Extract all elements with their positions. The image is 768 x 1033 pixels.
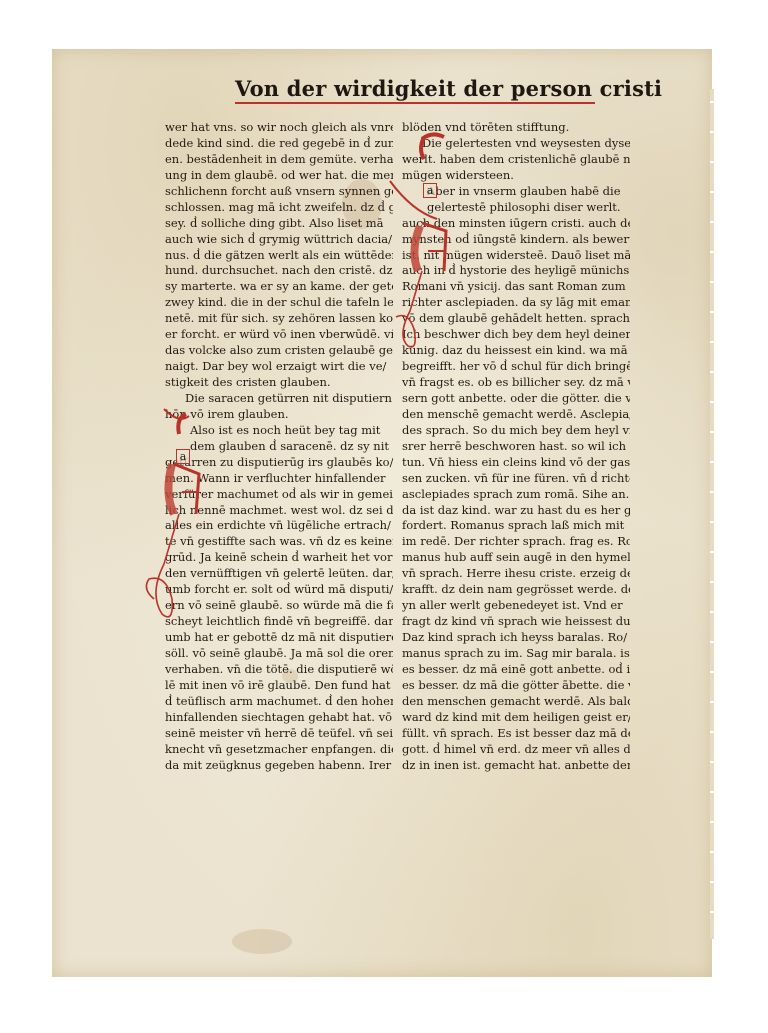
text-line: es besser. dz mā die götter ābette. die … xyxy=(402,678,630,694)
text-line: manus hub auff sein augē in den hymel xyxy=(402,550,630,566)
deckled-edge xyxy=(710,89,714,939)
manuscript-page: Von der wirdigkeit der person cristi wer… xyxy=(52,49,712,977)
text-line: da mit zeügknus gegeben habenn. Irer xyxy=(165,758,393,774)
text-line: knecht vn̄ gesetzmacher enpfangen. die xyxy=(165,742,393,758)
text-line: den menschen gemacht werdē. Als bald xyxy=(402,694,630,710)
text-line: schlichenn forcht auß vnsern synnen ge/ xyxy=(165,184,393,200)
text-line: naigt. Dar bey wol erzaigt wirt die ve/ xyxy=(165,359,393,375)
text-line: dz in inen ist. gemacht hat. anbette den… xyxy=(402,758,630,774)
text-line: ward dz kind mit dem heiligen geist er/ xyxy=(402,710,630,726)
text-line: asclepiades sprach zum romā. Sihe an. xyxy=(402,487,630,503)
text-line: den menschē gemacht werdē. Asclepia/ xyxy=(402,407,630,423)
text-line: sey. d̾ solliche ding gibt. Also liset m… xyxy=(165,216,393,232)
text-line: im redē. Der richter sprach. frag es. Ro xyxy=(402,534,630,550)
text-line: schlossen. mag mā icht zweifeln. dz d̾ g… xyxy=(165,200,393,216)
text-line: en. bestādenheit in dem gemüte. verharr xyxy=(165,152,393,168)
text-line: vn̄ fragst es. ob es billicher sey. dz m… xyxy=(402,375,630,391)
text-line: srer herrē beschworen hast. so wil ich e… xyxy=(402,439,630,455)
red-flourish-initial-left xyxy=(144,404,204,624)
text-line: krafft. dz dein nam gegrösset werde. der xyxy=(402,582,630,598)
text-line: auch wie sich d̾ grymig wüttrich dacia/ xyxy=(165,232,393,248)
text-line: dede kind sind. die red gegebē in d̾ zun… xyxy=(165,136,393,152)
text-line: zwey kind. die in der schul die tafeln l… xyxy=(165,295,393,311)
text-line: fragt dz kind vn̄ sprach wie heissest du… xyxy=(402,614,630,630)
text-line: tun. Vn̄ hiess ein cleins kind vō der ga… xyxy=(402,455,630,471)
text-line: sen zucken. vn̄ für ine füren. vn̄ d̾ ri… xyxy=(402,471,630,487)
text-line: stigkeit des cristen glauben. xyxy=(165,375,393,391)
page-heading: Von der wirdigkeit der person cristi xyxy=(235,77,595,104)
text-line: verhaben. vn̄ die tötē. die disputierē w… xyxy=(165,662,393,678)
text-line: da ist daz kind. war zu hast du es her g… xyxy=(402,503,630,519)
text-line: hund. durchsuchet. nach den cristē. dz e… xyxy=(165,263,393,279)
text-line: hinfallenden siechtagen gehabt hat. vō xyxy=(165,710,393,726)
red-flourish-initial-right xyxy=(382,131,452,351)
text-line: füllt. vn̄ sprach. Es ist besser daz mā … xyxy=(402,726,630,742)
text-line: lē mit inen vō irē glaubē. Den fund hat xyxy=(165,678,393,694)
text-line: söll. vō seinē glaubē. Ja mā sol die ore… xyxy=(165,646,393,662)
guide-letter-box: a xyxy=(176,449,190,464)
text-line: fordert. Romanus sprach laß mich mit xyxy=(402,518,630,534)
text-line: sy marterte. wa er sy an kame. der getör… xyxy=(165,279,393,295)
text-line: vn̄ sprach. Herre ihesu criste. erzeig d… xyxy=(402,566,630,582)
text-line: manus sprach zu im. Sag mir barala. ist xyxy=(402,646,630,662)
text-line: ung in dem glaubē. od wer hat. die men/ xyxy=(165,168,393,184)
text-line: er forcht. er würd vō inen vberwūdē. vn̄ xyxy=(165,327,393,343)
text-line: d̾ teüflisch arm machumet. d̾ den hohen xyxy=(165,694,393,710)
text-line: yn aller werlt gebenedeyet ist. Vnd er xyxy=(402,598,630,614)
text-line: nus. d̾ die gätzen werlt als ein wüttēde… xyxy=(165,248,393,264)
foxing-stain xyxy=(232,929,292,954)
text-line: netē. mit für sich. sy zehören lassen ko… xyxy=(165,311,393,327)
text-line: es besser. dz mā einē gott anbette. od̾ … xyxy=(402,662,630,678)
text-line: umb hat er gebottē dz mā nit disputierē xyxy=(165,630,393,646)
text-line: gott. d̾ himel vn̄ erd. dz meer vn̄ alle… xyxy=(402,742,630,758)
text-line: wer hat vns. so wir noch gleich als vnre xyxy=(165,120,393,136)
guide-letter-box: a xyxy=(423,183,437,198)
text-line: begreifft. her vō d̾ schul für dich brin… xyxy=(402,359,630,375)
text-line: seinē meister vn̄ herrē dē teüfel. vn̄ s… xyxy=(165,726,393,742)
text-line: des sprach. So du mich bey dem heyl vn xyxy=(402,423,630,439)
text-line: das volcke also zum cristen gelaubē ge/ xyxy=(165,343,393,359)
text-line: Daz kind sprach ich heyss baralas. Ro/ xyxy=(402,630,630,646)
text-line: sern gott anbette. oder die götter. die … xyxy=(402,391,630,407)
